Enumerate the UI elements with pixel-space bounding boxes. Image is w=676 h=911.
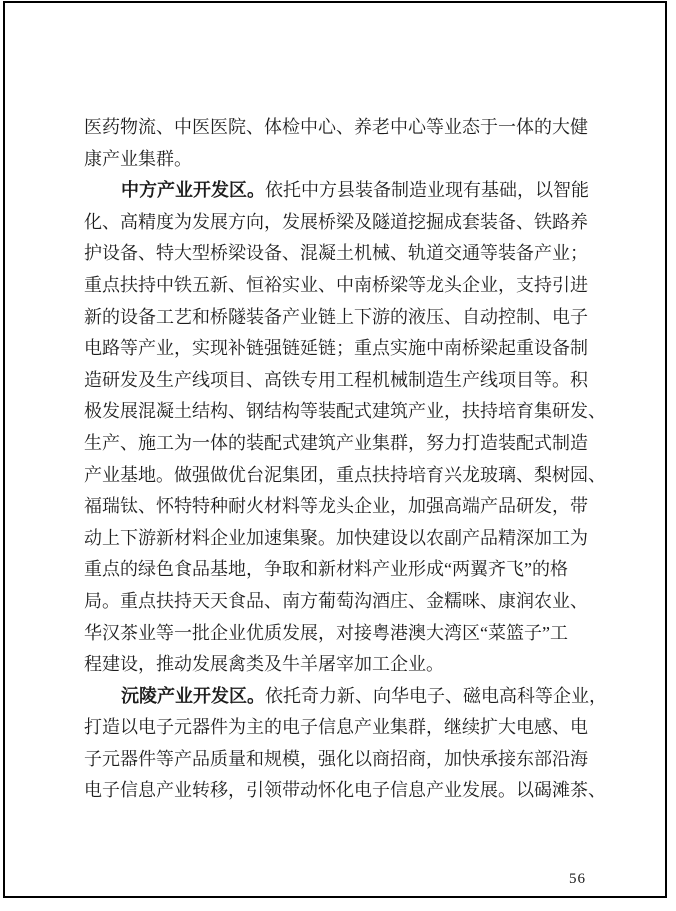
paragraph-lead-yuanling: 沅陵产业开发区。 <box>121 686 265 706</box>
text-line: 福瑞钛、怀特特种耐火材料等龙头企业，加强高端产品研发，带 <box>84 491 596 523</box>
text-line: 电子信息产业转移，引领带动怀化电子信息产业发展。以碣滩茶、 <box>84 775 596 807</box>
document-page: 医药物流、中医医院、体检中心、养老中心等业态于一体的大健 康产业集群。 中方产业… <box>0 0 676 911</box>
text-line: 子元器件等产品质量和规模，强化以商招商，加快承接东部沿海 <box>84 744 596 776</box>
text-line-segment: 依托中方县装备制造业现有基础，以智能 <box>265 180 589 200</box>
text-line: 造研发及生产线项目、高铁专用工程机械制造生产线项目等。积 <box>84 365 596 397</box>
text-line: 华汉茶业等一批企业优质发展，对接粤港澳大湾区“菜篮子”工 <box>84 618 596 650</box>
text-line: 局。重点扶持天天食品、南方葡萄沟酒庄、金糯咪、康润农业、 <box>84 586 596 618</box>
text-line: 医药物流、中医医院、体检中心、养老中心等业态于一体的大健 <box>84 112 596 144</box>
text-line: 沅陵产业开发区。依托奇力新、向华电子、磁电高科等企业， <box>84 681 596 713</box>
text-line-segment: 依托奇力新、向华电子、磁电高科等企业， <box>265 686 607 706</box>
body-text: 医药物流、中医医院、体检中心、养老中心等业态于一体的大健 康产业集群。 中方产业… <box>84 112 596 807</box>
text-line: 康产业集群。 <box>84 144 596 176</box>
page-number: 56 <box>569 871 586 888</box>
text-line: 化、高精度为发展方向，发展桥梁及隧道挖掘成套装备、铁路养 <box>84 207 596 239</box>
paragraph-lead-zhongfang: 中方产业开发区。 <box>121 180 265 200</box>
text-line: 电路等产业，实现补链强链延链；重点实施中南桥梁起重设备制 <box>84 333 596 365</box>
text-line: 打造以电子元器件为主的电子信息产业集群，继续扩大电感、电 <box>84 712 596 744</box>
text-line: 中方产业开发区。依托中方县装备制造业现有基础，以智能 <box>84 175 596 207</box>
text-line: 极发展混凝土结构、钢结构等装配式建筑产业，扶持培育集研发、 <box>84 396 596 428</box>
text-line: 新的设备工艺和桥隧装备产业链上下游的液压、自动控制、电子 <box>84 302 596 334</box>
text-line: 生产、施工为一体的装配式建筑产业集群，努力打造装配式制造 <box>84 428 596 460</box>
text-line: 动上下游新材料企业加速集聚。加快建设以农副产品精深加工为 <box>84 523 596 555</box>
text-line: 重点的绿色食品基地，争取和新材料产业形成“两翼齐飞”的格 <box>84 554 596 586</box>
text-line: 护设备、特大型桥梁设备、混凝土机械、轨道交通等装备产业； <box>84 238 596 270</box>
text-line: 程建设，推动发展禽类及牛羊屠宰加工企业。 <box>84 649 596 681</box>
text-line: 产业基地。做强做优台泥集团，重点扶持培育兴龙玻璃、梨树园、 <box>84 460 596 492</box>
text-line: 重点扶持中铁五新、恒裕实业、中南桥梁等龙头企业，支持引进 <box>84 270 596 302</box>
